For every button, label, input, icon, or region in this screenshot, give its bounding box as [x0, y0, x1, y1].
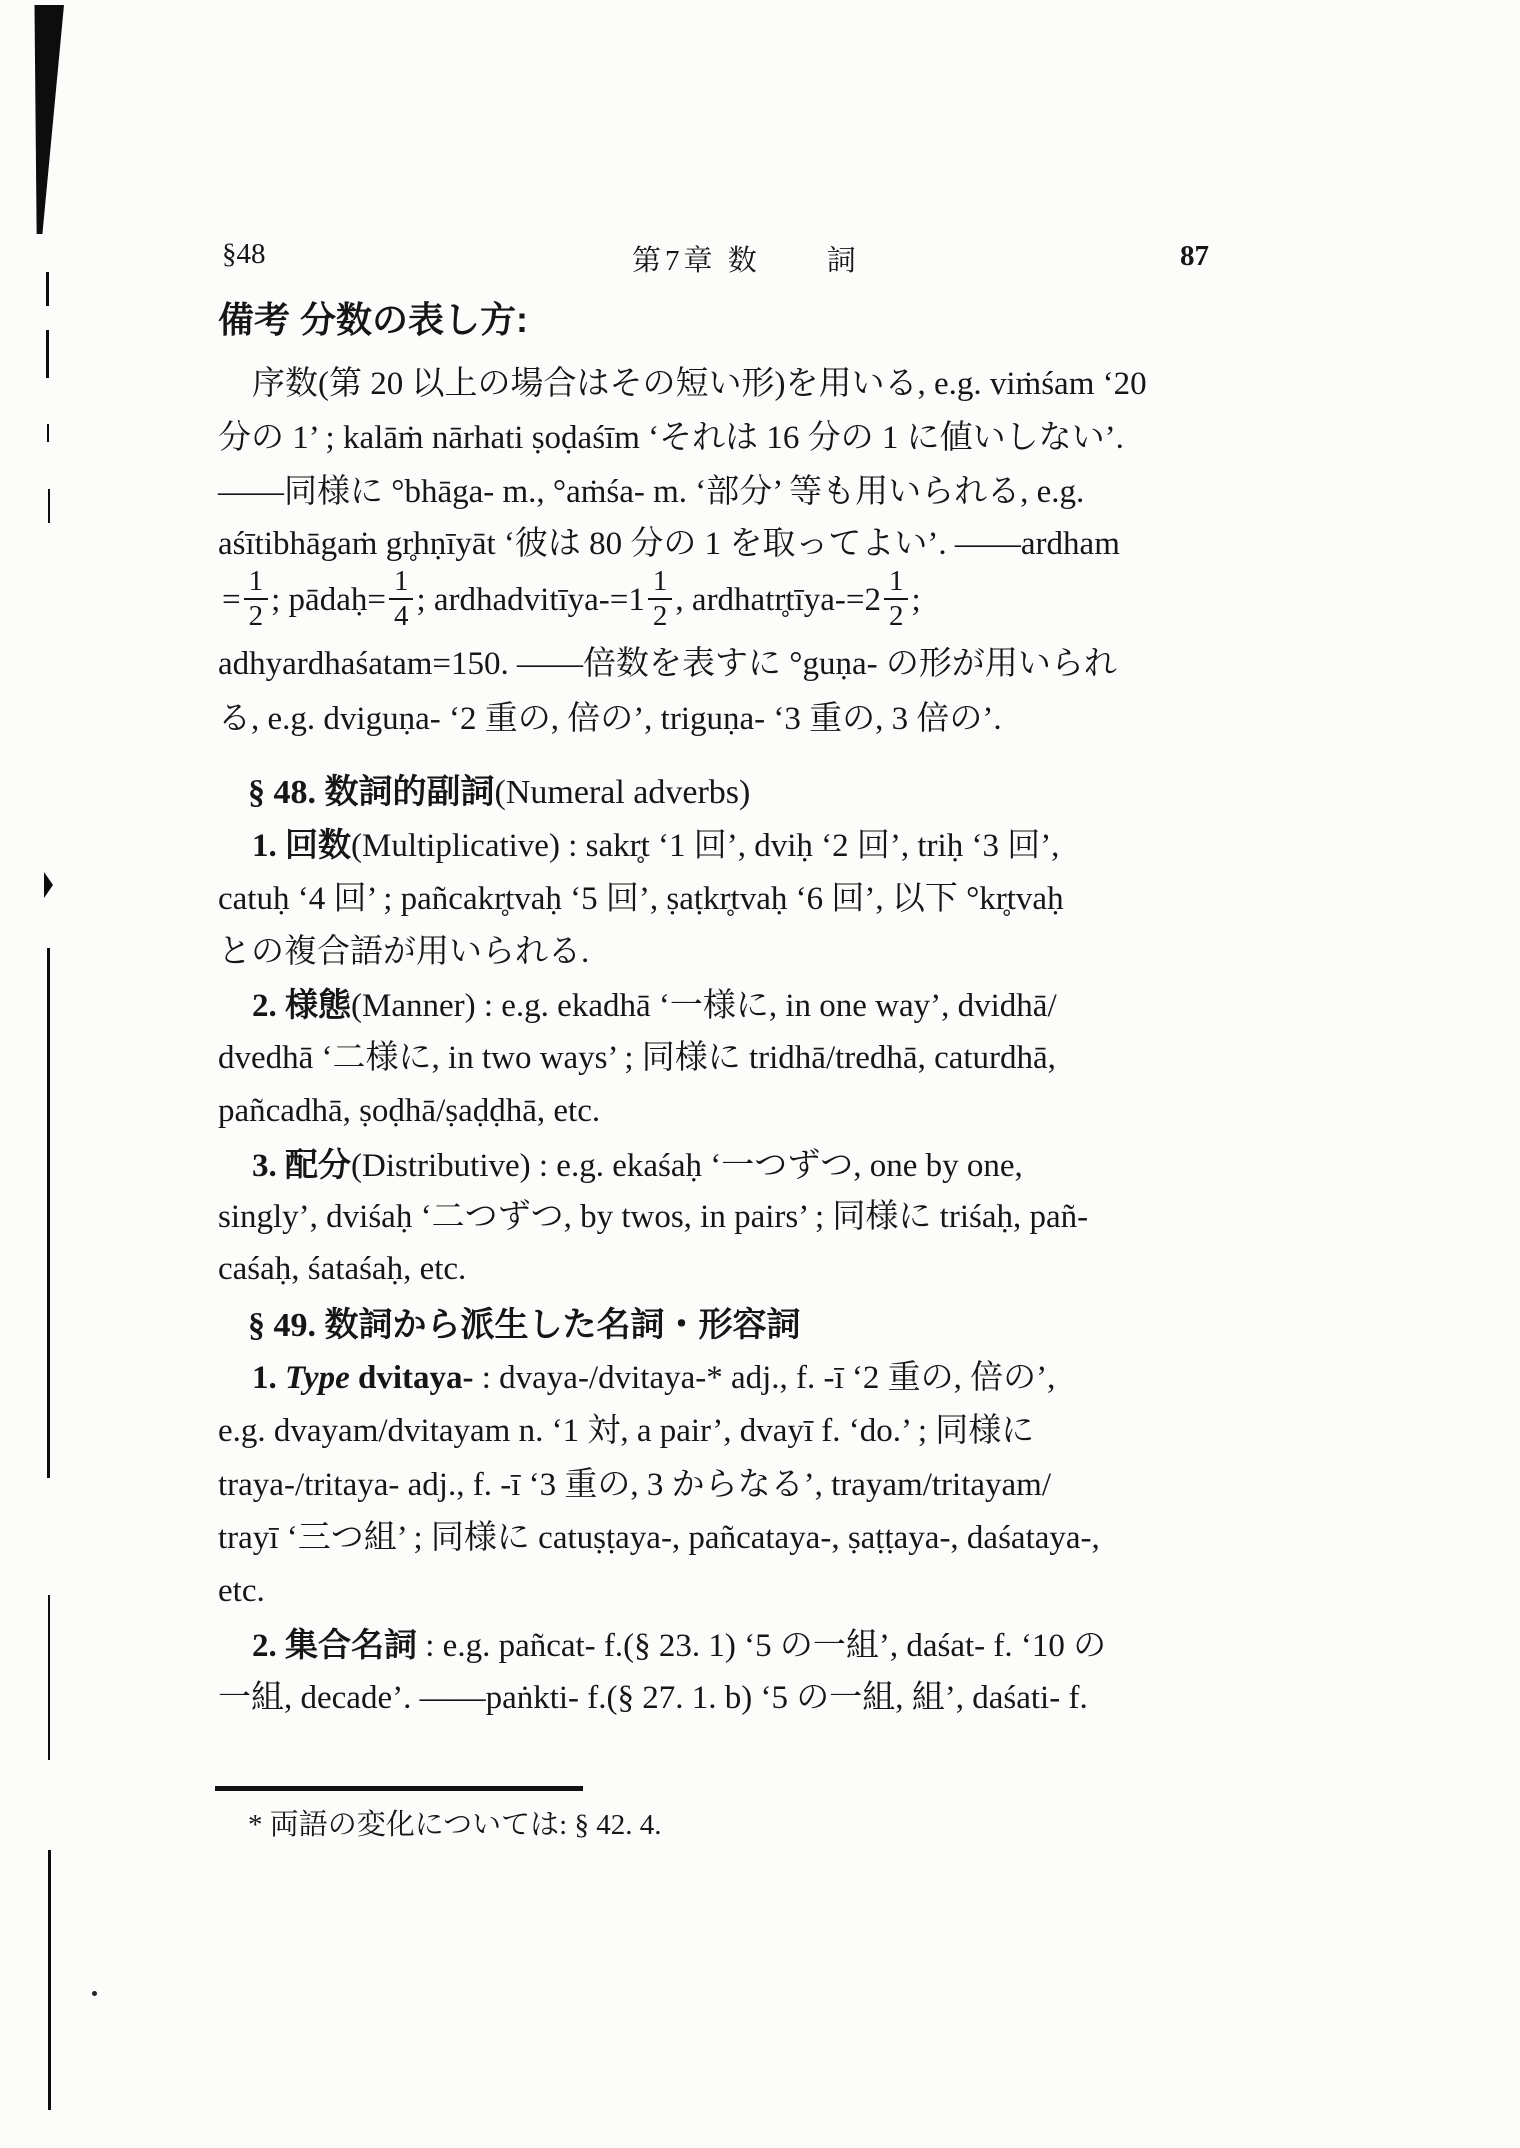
text-line: 2. 集合名詞 : e.g. pañcat- f.(§ 23. 1) ‘5 の一…	[252, 1623, 1106, 1669]
header-page-number: 87	[1180, 240, 1209, 273]
scan-edge-line	[48, 489, 50, 523]
fraction: 12	[648, 566, 673, 633]
text-line: 1. 回数(Multiplicative) : sakr̥t ‘1 回’, dv…	[252, 823, 1059, 869]
scan-edge-arrow	[44, 872, 53, 898]
text-line: dvedhā ‘二様に, in two ways’ ; 同様に tridhā/t…	[218, 1036, 1056, 1081]
text-line: trayī ‘三つ組’ ; 同様に catuṣṭaya-, pañcataya-…	[218, 1516, 1100, 1561]
text-segment: (Multiplicative) : sakr̥t ‘1 回’, dviḥ ‘2…	[351, 828, 1059, 864]
text-segment: 回数	[285, 826, 351, 863]
text-segment: § 48.	[248, 774, 325, 811]
text-line: 一組, decade’. ——paṅkti- f.(§ 27. 1. b) ‘5…	[218, 1676, 1088, 1721]
scan-edge-line	[48, 1850, 51, 2110]
scan-edge-line	[47, 948, 50, 1478]
footnote-rule	[215, 1786, 583, 1791]
text-segment: 2.	[252, 1628, 285, 1664]
text-segment: 序数(第 20 以上の場合はその短い形)を用いる, e.g. viṁśam ‘2…	[252, 366, 1147, 402]
text-segment: 3.	[252, 1148, 285, 1184]
text-line: 分の 1’ ; kalāṁ nārhati ṣoḍaśīm ‘それは 16 分の…	[218, 416, 1124, 461]
text-segment: =	[222, 582, 241, 618]
text-segment: caśaḥ, śataśaḥ, etc.	[218, 1251, 466, 1287]
text-line: 備考 分数の表し方:	[218, 296, 528, 345]
text-segment: 数詞的副詞	[325, 773, 495, 811]
text-segment: ——同様に °bhāga- m., °aṁśa- m. ‘部分’ 等も用いられる…	[218, 474, 1084, 510]
text-segment: § 49.	[248, 1307, 325, 1344]
text-segment: 分の 1’ ; kalāṁ nārhati ṣoḍaśīm ‘それは 16 分の…	[218, 420, 1124, 456]
text-line: =12; pādaḥ=14; ardhadvitīya-=112, ardhat…	[222, 566, 921, 639]
text-segment: pañcadhā, ṣoḍhā/ṣaḍḍhā, etc.	[218, 1093, 600, 1129]
scan-edge-line	[46, 330, 49, 378]
text-segment: (Manner) : e.g. ekadhā ‘一様に, in one way’…	[351, 988, 1057, 1024]
text-segment: 様態	[285, 986, 351, 1023]
text-segment: Type	[285, 1360, 358, 1396]
text-segment: dvitaya-	[358, 1360, 474, 1396]
text-line: 1. Type dvitaya- : dvaya-/dvitaya-* adj.…	[252, 1356, 1055, 1401]
text-segment: e.g. dvayam/dvitayam n. ‘1 対, a pair’, d…	[218, 1413, 1034, 1449]
text-line: との複合語が用いられる.	[218, 930, 589, 975]
text-line: ——同様に °bhāga- m., °aṁśa- m. ‘部分’ 等も用いられる…	[218, 470, 1084, 515]
text-segment: singly’, dviśaḥ ‘二つずつ, by twos, in pairs…	[218, 1199, 1088, 1235]
text-segment: 一組, decade’. ——paṅkti- f.(§ 27. 1. b) ‘5…	[218, 1680, 1088, 1716]
text-line: singly’, dviśaḥ ‘二つずつ, by twos, in pairs…	[218, 1195, 1088, 1240]
text-segment: etc.	[218, 1573, 265, 1609]
text-line: 3. 配分(Distributive) : e.g. ekaśaḥ ‘一つずつ,…	[252, 1143, 1023, 1189]
text-segment: adhyardhaśatam=150. ——倍数を表すに °guṇa- の形が用…	[218, 646, 1117, 682]
text-segment: dvedhā ‘二様に, in two ways’ ; 同様に tridhā/t…	[218, 1040, 1056, 1076]
text-segment: (Distributive) : e.g. ekaśaḥ ‘一つずつ, one …	[351, 1148, 1023, 1184]
header-chapter-title: 第7章 数 詞	[632, 238, 860, 279]
text-segment: 2.	[252, 988, 285, 1024]
fraction: 12	[244, 566, 269, 633]
text-line: § 48. 数詞的副詞(Numeral adverbs)	[248, 770, 750, 816]
text-segment: ;	[911, 582, 920, 618]
footnote-text: * 両語の変化については: § 42. 4.	[248, 1802, 661, 1843]
scan-dot	[92, 1991, 97, 1996]
text-segment: ; ardhadvitīya-=1	[416, 582, 644, 618]
text-line: etc.	[218, 1569, 265, 1614]
header-section-ref: §48	[222, 238, 266, 271]
text-segment: ; pādaḥ=	[271, 582, 386, 618]
book-page: §48 第7章 数 詞 87 備考 分数の表し方:序数(第 20 以上の場合はそ…	[0, 0, 1520, 2148]
scan-ink-stroke	[28, 5, 64, 234]
fraction: 14	[389, 566, 414, 633]
text-segment: 1.	[252, 1360, 285, 1396]
text-line: traya-/tritaya- adj., f. -ī ‘3 重の, 3 からな…	[218, 1463, 1051, 1508]
fraction: 12	[884, 566, 909, 633]
text-segment: 1.	[252, 828, 285, 864]
text-segment: る, e.g. dviguṇa- ‘2 重の, 倍の’, triguṇa- ‘3…	[218, 701, 1002, 737]
text-line: e.g. dvayam/dvitayam n. ‘1 対, a pair’, d…	[218, 1409, 1034, 1454]
text-segment: , ardhatr̥tīya-=2	[675, 582, 881, 618]
text-line: 2. 様態(Manner) : e.g. ekadhā ‘一様に, in one…	[252, 983, 1057, 1029]
text-segment: との複合語が用いられる.	[218, 934, 589, 970]
text-line: adhyardhaśatam=150. ——倍数を表すに °guṇa- の形が用…	[218, 642, 1117, 687]
text-line: catuḥ ‘4 回’ ; pañcakr̥tvaḥ ‘5 回’, ṣaṭkr̥…	[218, 877, 1064, 922]
text-segment: : dvaya-/dvitaya-* adj., f. -ī ‘2 重の, 倍の…	[473, 1360, 1055, 1396]
text-line: る, e.g. dviguṇa- ‘2 重の, 倍の’, triguṇa- ‘3…	[218, 697, 1002, 742]
text-segment: 集合名詞	[285, 1626, 417, 1663]
text-segment: : e.g. pañcat- f.(§ 23. 1) ‘5 の一組’, daśa…	[417, 1628, 1106, 1664]
scan-edge-line	[47, 424, 49, 442]
text-segment: traya-/tritaya- adj., f. -ī ‘3 重の, 3 からな…	[218, 1467, 1051, 1503]
text-line: 序数(第 20 以上の場合はその短い形)を用いる, e.g. viṁśam ‘2…	[252, 362, 1147, 407]
text-line: § 49. 数詞から派生した名詞・形容詞	[248, 1303, 801, 1349]
text-line: pañcadhā, ṣoḍhā/ṣaḍḍhā, etc.	[218, 1089, 600, 1134]
text-segment: 数詞から派生した名詞・形容詞	[325, 1306, 801, 1344]
text-segment: 配分	[285, 1146, 351, 1183]
text-line: caśaḥ, śataśaḥ, etc.	[218, 1247, 466, 1292]
text-segment: aśītibhāgaṁ gr̥hṇīyāt ‘彼は 80 分の 1 を取ってよい…	[218, 526, 1120, 562]
text-segment: 備考 分数の表し方:	[218, 299, 528, 340]
text-segment: catuḥ ‘4 回’ ; pañcakr̥tvaḥ ‘5 回’, ṣaṭkr̥…	[218, 881, 1064, 917]
scan-edge-line	[48, 1595, 50, 1760]
text-line: aśītibhāgaṁ gr̥hṇīyāt ‘彼は 80 分の 1 を取ってよい…	[218, 522, 1120, 567]
scan-edge-line	[46, 272, 49, 306]
text-segment: (Numeral adverbs)	[495, 774, 751, 811]
text-segment: trayī ‘三つ組’ ; 同様に catuṣṭaya-, pañcataya-…	[218, 1520, 1100, 1556]
